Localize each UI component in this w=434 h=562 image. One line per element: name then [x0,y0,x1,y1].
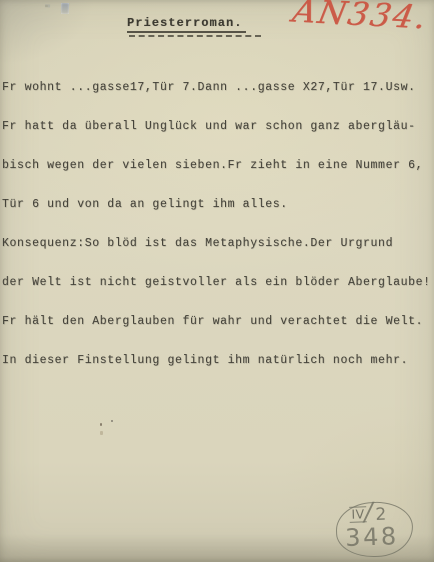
text-line: Konsequenz:So blöd ist das Metaphysische… [2,237,434,250]
text-line: bisch wegen der vielen sieben.Fr zieht i… [2,159,434,172]
text-line: der Welt ist nicht geistvoller als ein b… [2,276,434,289]
stamp-denominator: 2 [375,507,386,524]
text-line: Fr wohnt ...gasse17,Tür 7.Dann ...gasse … [2,81,434,94]
text-line: Tür 6 und von da an gelingt ihm alles. [2,198,434,211]
blue-pencil-mark [61,3,69,14]
paper-speck [45,5,48,7]
stamp-slash: / [362,499,375,524]
scanned-page: AN334. Priesterroman. Fr wohnt ...gasse1… [0,0,434,562]
paper-speck [111,420,113,422]
title-block: Priesterroman. [127,16,261,37]
title-underline [127,31,246,33]
text-line: Fr hält den Aberglauben für wahr und ver… [2,315,434,328]
text-line: In dieser Finstellung gelingt ihm natürl… [2,354,434,367]
title-underline-dashed [129,35,261,37]
stamp-number: 348 [345,524,399,550]
paper-speck [100,423,102,426]
paper-speck [100,431,103,435]
archive-number-red: AN334. [289,0,431,39]
archive-stamp: IV / 2 348 [335,501,414,559]
text-line: Fr hatt da überall Unglück und war schon… [2,120,434,133]
page-title: Priesterroman. [127,16,261,30]
typewritten-text: Fr wohnt ...gasse17,Tür 7.Dann ...gasse … [2,55,434,393]
